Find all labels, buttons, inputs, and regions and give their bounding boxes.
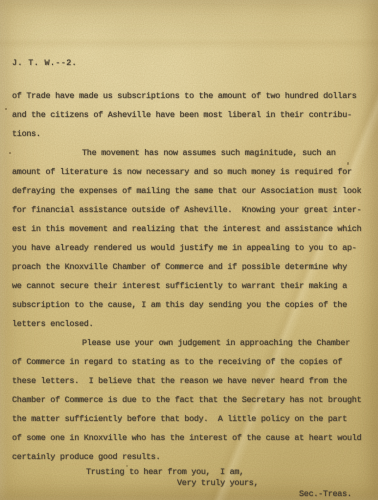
letter-body: of Trade have made us subscriptions to t…: [12, 87, 374, 500]
letter-line: letters enclosed.: [12, 315, 374, 334]
paper-speck: [9, 152, 11, 154]
letter-line: Trusting to hear from you, I am,: [12, 467, 374, 478]
letter-line: these letters. I believe that the reason…: [12, 372, 374, 391]
letter-line: of Commerce in regard to stating as to t…: [12, 353, 374, 372]
letter-line: est in this movement and realizing that …: [12, 220, 374, 239]
letter-line: amount of literature is now necessary an…: [12, 163, 374, 182]
page-header: J. T. W.--2.: [12, 54, 374, 73]
letter-line: you have already rendered us would justi…: [12, 239, 374, 258]
letter-line: the matter sufficiently before that body…: [12, 410, 374, 429]
letter-line: Very truly yours,: [12, 478, 374, 489]
letter-line: of some one in Knoxville who has the int…: [12, 429, 374, 448]
letter-line: tions.: [12, 125, 374, 144]
letter-line: Chamber of Commerce is due to the fact t…: [12, 391, 374, 410]
letter-line: of Trade have made us subscriptions to t…: [12, 87, 374, 106]
letter-line: subscription to the cause, I am this day…: [12, 296, 374, 315]
letter-line: proach the Knoxville Chamber of Commerce…: [12, 258, 374, 277]
letter-line: certainly produce good results.: [12, 448, 374, 467]
letter-line: Please use your own judgement in approac…: [12, 334, 374, 353]
paper-speck: [5, 108, 7, 110]
letter-line: Sec.-Treas.: [12, 489, 374, 500]
letter-line: for financial assistance outside of Ashe…: [12, 201, 374, 220]
letter-line: we cannot secure their interest sufficie…: [12, 277, 374, 296]
letter-line: The movement has now assumes such magini…: [12, 144, 374, 163]
letter-line: and the citizens of Asheville have been …: [12, 106, 374, 125]
letter-page: J. T. W.--2. of Trade have made us subsc…: [0, 0, 378, 500]
letter-content: J. T. W.--2. of Trade have made us subsc…: [12, 0, 374, 500]
letter-line: defraying the expenses of mailing the sa…: [12, 182, 374, 201]
